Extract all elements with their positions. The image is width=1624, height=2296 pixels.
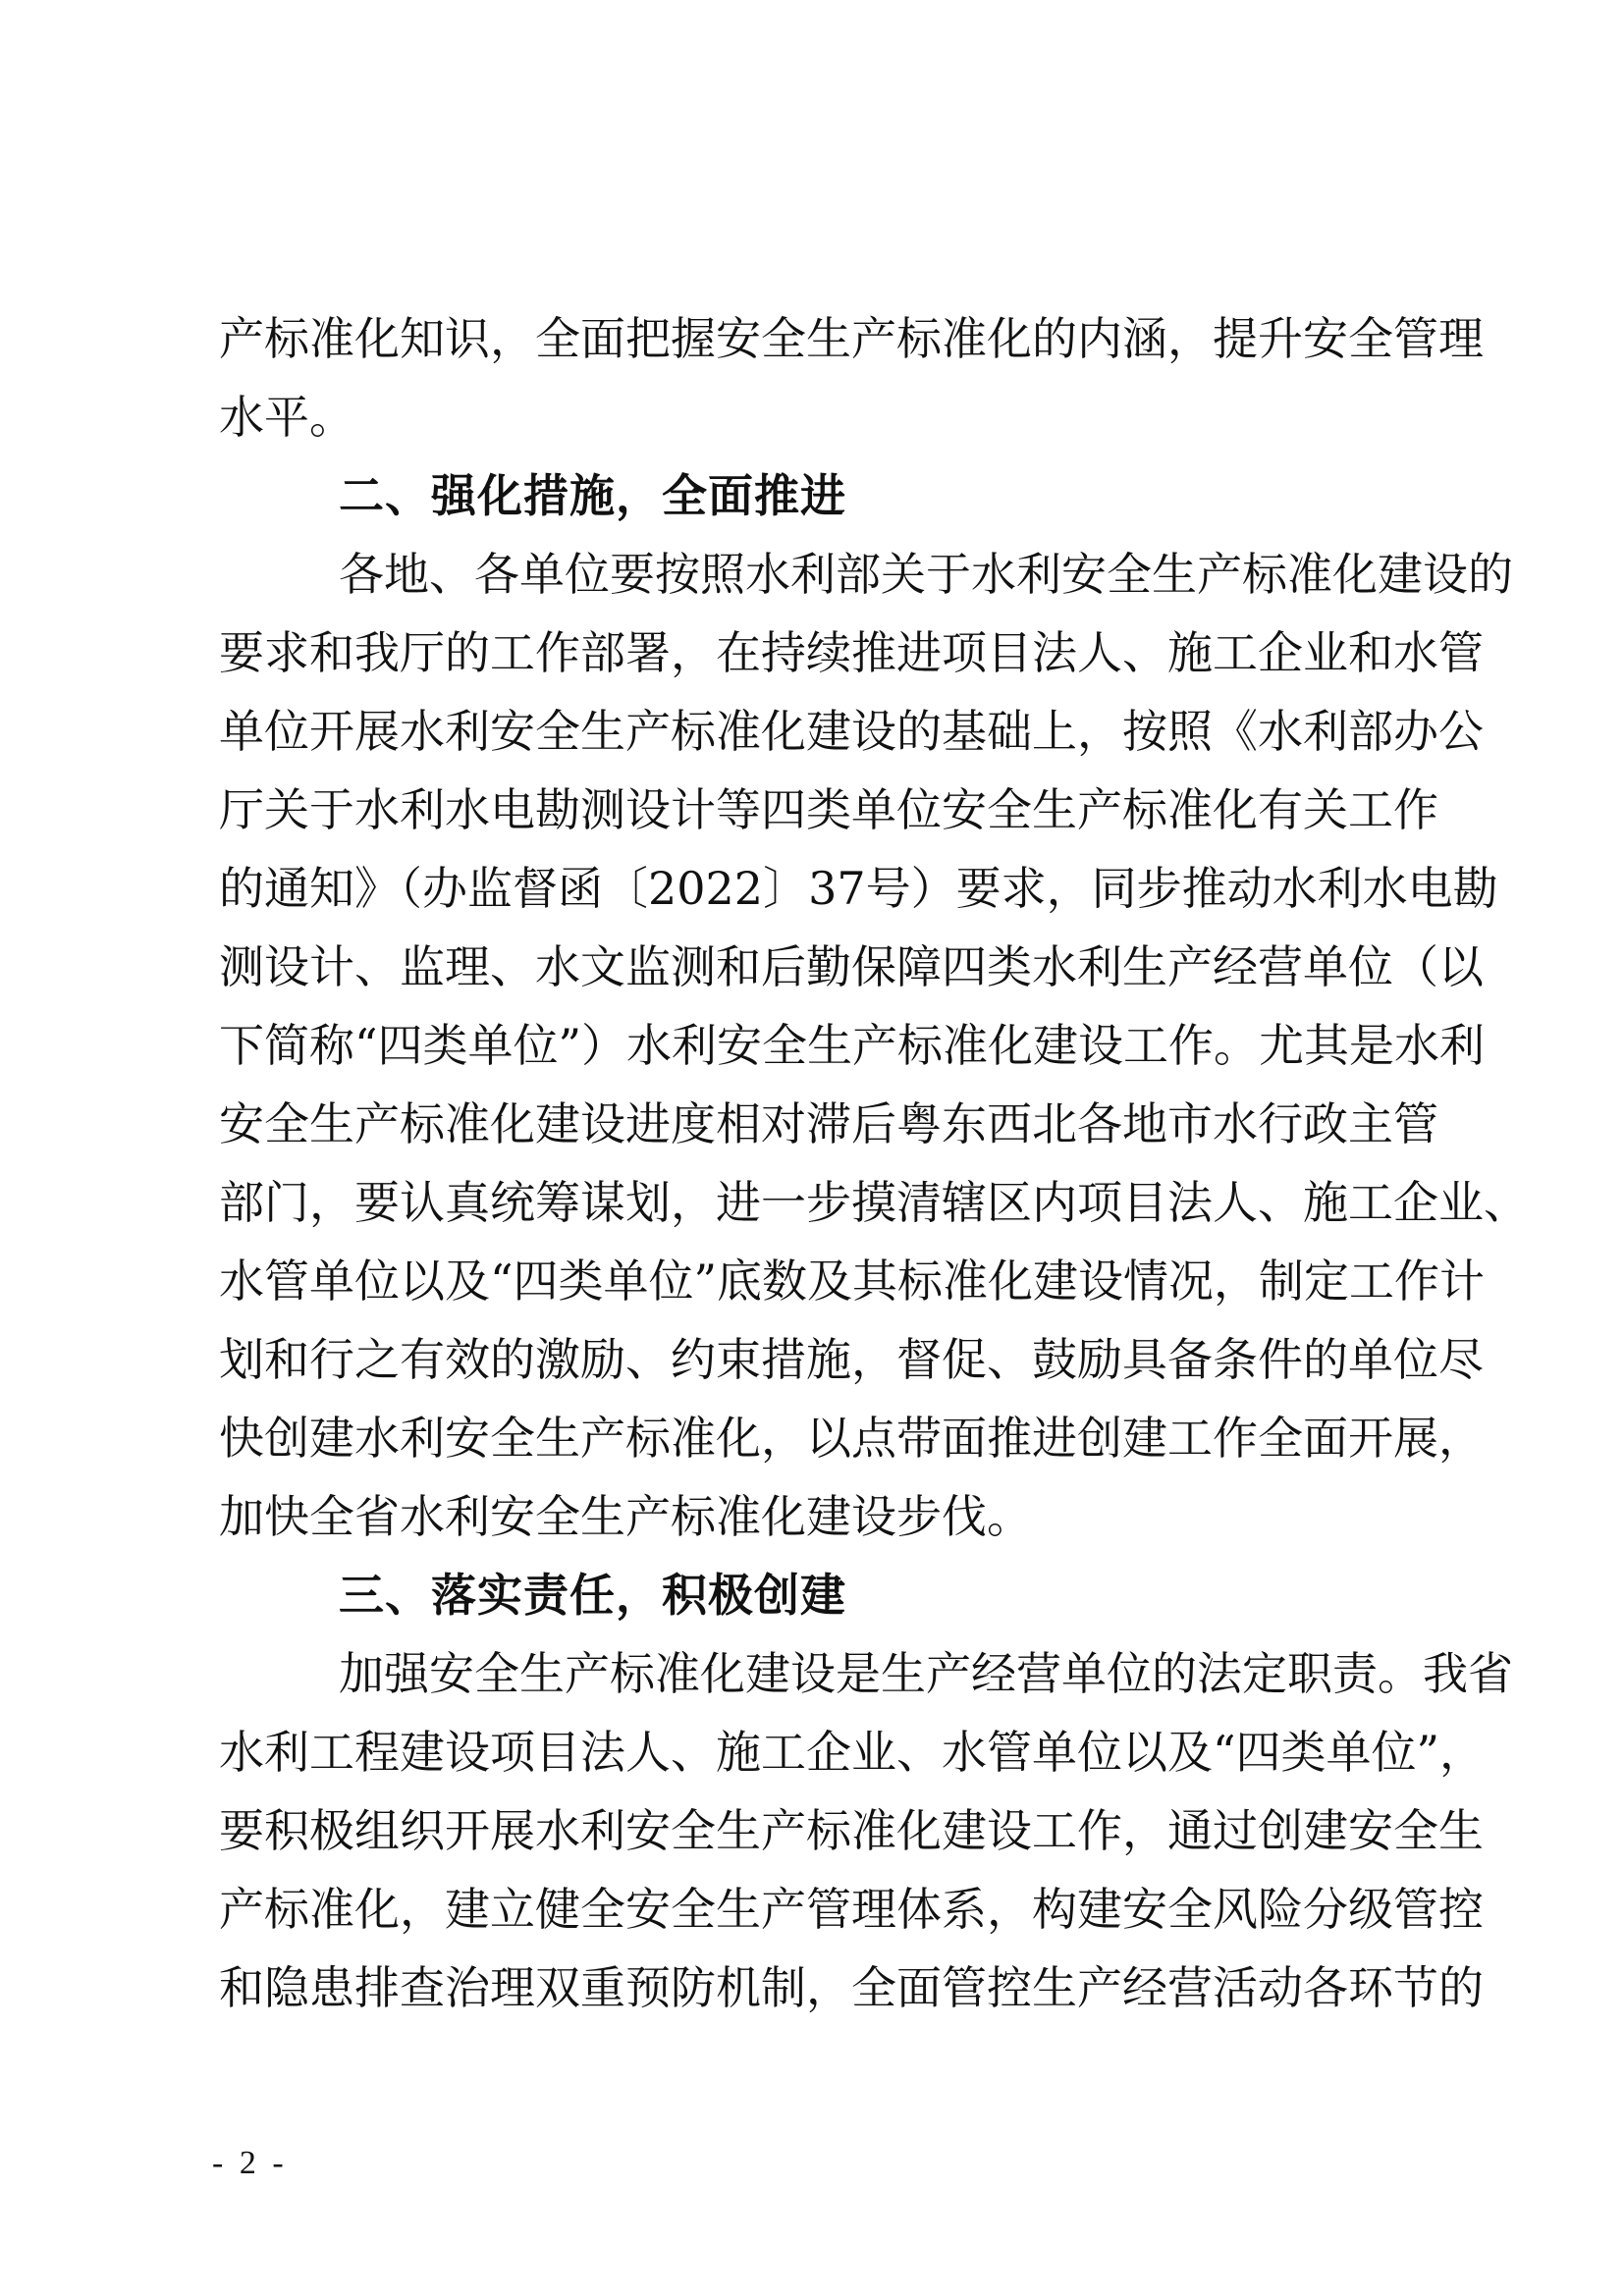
body-line: 的通知》（办监督函〔2022〕37号）要求，同步推动水利水电勘 bbox=[219, 849, 1421, 928]
body-line: 部门，要认真统筹谋划，进一步摸清辖区内项目法人、施工企业、 bbox=[219, 1163, 1421, 1242]
body-line: 产标准化，建立健全安全生产管理体系，构建安全风险分级管控 bbox=[219, 1870, 1421, 1949]
body-line: 各地、各单位要按照水利部关于水利安全生产标准化建设的 bbox=[219, 535, 1421, 614]
body-line: 安全生产标准化建设进度相对滞后粤东西北各地市水行政主管 bbox=[219, 1085, 1421, 1163]
body-line: 水利工程建设项目法人、施工企业、水管单位以及“四类单位”， bbox=[219, 1713, 1421, 1791]
body-line: 要积极组织开展水利安全生产标准化建设工作，通过创建安全生 bbox=[219, 1791, 1421, 1870]
page-number: - 2 - bbox=[212, 2145, 288, 2182]
document-page: 产标准化知识，全面把握安全生产标准化的内涵，提升安全管理 水平。 二、强化措施，… bbox=[219, 299, 1421, 2027]
body-line: 厅关于水利水电勘测设计等四类单位安全生产标准化有关工作 bbox=[219, 771, 1421, 849]
body-line: 要求和我厅的工作部署，在持续推进项目法人、施工企业和水管 bbox=[219, 614, 1421, 692]
body-line: 快创建水利安全生产标准化，以点带面推进创建工作全面开展， bbox=[219, 1399, 1421, 1477]
body-line: 加强安全生产标准化建设是生产经营单位的法定职责。我省 bbox=[219, 1634, 1421, 1713]
body-line: 水管单位以及“四类单位”底数及其标准化建设情况，制定工作计 bbox=[219, 1242, 1421, 1320]
section-heading-2: 二、强化措施，全面推进 bbox=[219, 456, 1421, 535]
body-line: 单位开展水利安全生产标准化建设的基础上，按照《水利部办公 bbox=[219, 692, 1421, 771]
body-line: 产标准化知识，全面把握安全生产标准化的内涵，提升安全管理 bbox=[219, 299, 1421, 378]
section-heading-3: 三、落实责任，积极创建 bbox=[219, 1556, 1421, 1634]
body-line: 水平。 bbox=[219, 378, 1421, 456]
body-line: 和隐患排查治理双重预防机制，全面管控生产经营活动各环节的 bbox=[219, 1949, 1421, 2027]
body-line: 下简称“四类单位”）水利安全生产标准化建设工作。尤其是水利 bbox=[219, 1006, 1421, 1085]
body-line: 划和行之有效的激励、约束措施，督促、鼓励具备条件的单位尽 bbox=[219, 1320, 1421, 1399]
body-line: 测设计、监理、水文监测和后勤保障四类水利生产经营单位（以 bbox=[219, 928, 1421, 1006]
body-line: 加快全省水利安全生产标准化建设步伐。 bbox=[219, 1477, 1421, 1556]
